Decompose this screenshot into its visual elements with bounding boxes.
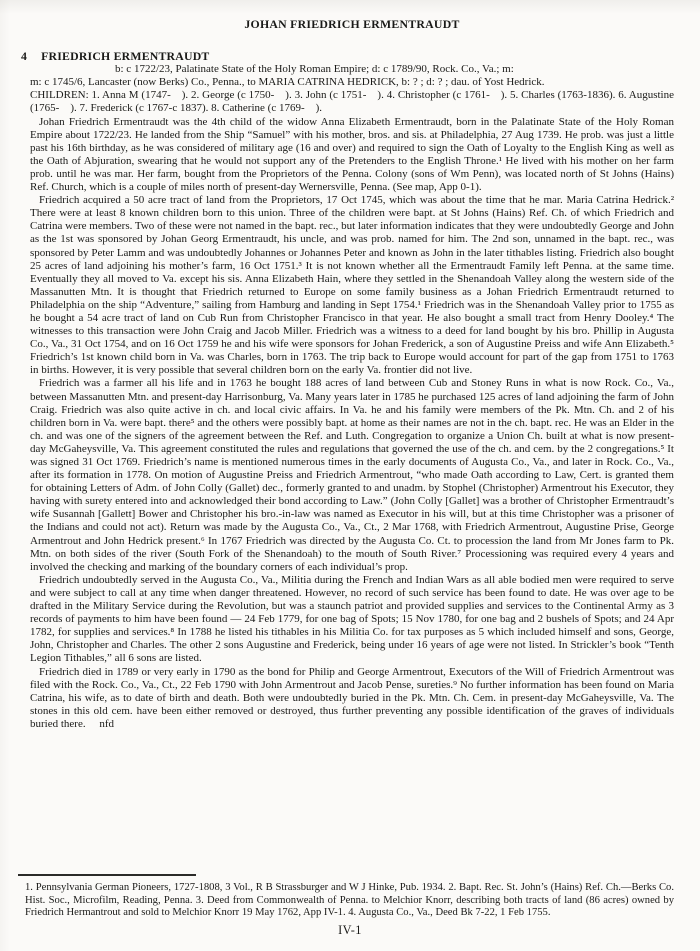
paragraph-immigration: Johan Friedrich Ermentraudt was the 4th … bbox=[30, 116, 674, 195]
footnote-separator-rule bbox=[18, 874, 196, 876]
entry-header: 4FRIEDRICH ERMENTRAUDT b: c 1722/23, Pal… bbox=[30, 50, 674, 115]
footnote-section: 1. Pennsylvania German Pioneers, 1727-18… bbox=[30, 874, 674, 920]
vitals-birth-death-line: b: c 1722/23, Palatinate State of the Ho… bbox=[30, 63, 674, 76]
page-number: IV-1 bbox=[0, 924, 700, 937]
body-text: Johan Friedrich Ermentraudt was the 4th … bbox=[30, 116, 674, 873]
entry-number: 4 bbox=[21, 49, 27, 63]
entry-heading: 4FRIEDRICH ERMENTRAUDT bbox=[21, 50, 674, 63]
book-page: JOHAN FRIEDRICH ERMENTRAUDT 4FRIEDRICH E… bbox=[0, 0, 700, 951]
vitals-marriage-line: m: c 1745/6, Lancaster (now Berks) Co., … bbox=[30, 76, 674, 89]
children-list-line: CHILDREN: 1. Anna M (1747- ). 2. George … bbox=[30, 89, 674, 115]
paragraph-militia-revolution: Friedrich undoubtedly served in the Augu… bbox=[30, 574, 674, 666]
running-title: JOHAN FRIEDRICH ERMENTRAUDT bbox=[30, 18, 674, 31]
paragraph-farmer-church-court: Friedrich was a farmer all his life and … bbox=[30, 377, 674, 573]
paragraph-death-burial: Friedrich died in 1789 or very early in … bbox=[30, 666, 674, 731]
footnotes-text: 1. Pennsylvania German Pioneers, 1727-18… bbox=[25, 882, 674, 920]
paragraph-marriage-children-land: Friedrich acquired a 50 acre tract of la… bbox=[30, 194, 674, 377]
entry-name: FRIEDRICH ERMENTRAUDT bbox=[41, 49, 209, 63]
